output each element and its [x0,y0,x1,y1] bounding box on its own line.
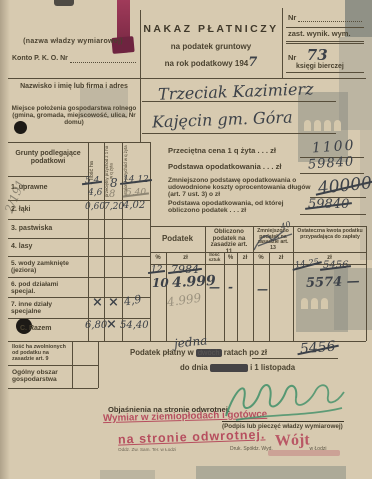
tax-sub-pct3: % [253,255,269,261]
crossed-word: dwóch [196,349,222,357]
signature-rule [222,421,344,422]
hw-value: 6,80 [85,321,107,332]
land-row-line [8,219,150,220]
land-row-label: 6. pod działami specjal. [11,281,79,295]
tax-header-ostateczna: Ostateczna kwota podatku przypa­dająca d… [296,229,364,240]
hw-value: 5,4 [85,177,99,187]
hw-tax-zl-pencil: 4.999 [166,292,202,310]
hw-value: 54,40 [120,321,149,332]
tax-sub-zl3: zł [269,255,293,261]
assessment-line2-value: 59840 [308,155,355,172]
land-row-label: C. Razem [20,325,52,333]
assessment-line3-label: Zmniejszono podstawę opodatko­wania o ud… [168,177,316,198]
name-writing-line [142,101,336,102]
konto-label: Konto P. K. O. Nr [12,55,68,63]
assessment-line4-label: Podstawa opodatkowania, od któ­rej oblic… [168,200,316,215]
arch-shape [321,298,328,309]
land-row-label: 7. inne działy specjalne [11,301,79,315]
hw-tax-pct-new: 10 [152,277,169,290]
land-row-line [8,318,150,319]
ref-nr2-value: 73 [307,46,328,64]
exemption-bottom-line [8,388,98,389]
payment-text2b: i 1 listopada [250,363,295,372]
redacted-date [210,364,248,372]
place-label: Miejsce położenia gospodarstwa rolnego (… [10,106,138,127]
land-row-label: 3. pastwiska [11,225,52,233]
arch-shape [324,120,331,131]
assessment-line1-label: Przeciętna cena 1 q żyta . . . zł [168,147,276,155]
arch-shape [334,120,341,131]
land-table-top [8,142,150,143]
land-table-title: Grunty podlegające podatkowi [10,150,86,165]
handwritten-scribble [252,228,294,254]
header-divider [140,10,141,78]
ref-nr-row: Nr [288,14,362,22]
tax-header-podatek: Podatek [150,235,205,244]
hw-value: 8 [110,177,118,190]
hw-dash: - [228,281,233,294]
tax-sub-line [224,252,225,341]
land-row-line [8,256,150,257]
payment-line1: Podatek płatny w dwóch ratach po zł [130,349,267,357]
ref-bottom-line [286,72,364,73]
hw-dash: — [257,284,268,296]
place-writing-line [142,133,336,134]
payment-text2a: do dnia [180,363,208,372]
land-row-label: 2. łąki [11,206,30,214]
payment-line2: do dnia i 1 listopada [180,364,295,372]
payment-amount-rule [252,358,338,359]
ref-box-divider [282,8,283,78]
ref-zast-label: zast. wynik. wym. [288,30,351,38]
assessment-line2-label: Podstawa opodatkowania . . . zł [168,163,282,171]
hw-value: × [106,318,117,332]
tax-sub-line [269,252,270,341]
hw-ost-new: 5574 — [306,275,360,291]
tax-sub-pct2: % [224,255,237,261]
hw-value: 7,20 [104,203,124,213]
exemption-zwolnione-label: Ilość ha zwolnio­nych od podatku na zasa… [12,345,70,362]
signature [218,378,350,424]
ref-double-line-1 [286,41,364,42]
ref-nr2-row: Nr 73 [288,47,362,64]
ref-double-line-2 [286,43,364,44]
tax-sub-pct1: % [150,255,166,261]
scan-artifact-block [196,466,346,479]
land-row-line [8,238,150,239]
ref-line [286,27,364,28]
stamp-wymiar-line2: na stronie odwrotnej. [118,428,266,447]
assessment-line2-rule [300,173,364,174]
tax-table-top [150,226,366,227]
land-row-label: 4. lasy [11,243,32,251]
konto-dotted-line [70,62,136,63]
place-value: Kajęcin gm. Góra [152,109,293,131]
payment-text1b: ratach po zł [224,348,267,357]
subtitle-year-row: na rok podatkowy 1947 [142,56,280,70]
land-header-line [8,176,88,177]
scan-artifact-block [100,470,155,479]
name-value: Trzeciak Kazimierz [158,80,314,103]
hw-value: 0,60 [85,203,105,213]
arch-shape [311,298,318,309]
hw-value: 8 [109,190,115,201]
druk-city: w Łodzi [310,446,327,452]
ref-ksiegi-label: księgi bierczej [296,63,344,71]
hw-value: 4,6 [88,189,102,199]
ref-nr-label: Nr [288,14,296,22]
hw-value: × [92,296,103,310]
scanned-tax-document: 2/191 (nazwa władzy wymiarowej) Konto P.… [0,0,372,479]
year-handwritten: 7 [248,55,257,70]
hw-value: 14,12 [123,176,149,186]
hw-value: 5,40 [126,189,146,199]
tax-sub-zl1: zł [166,255,205,261]
tax-sub-zl2: zł [237,255,253,261]
konto-row: Konto P. K. O. Nr [12,55,136,63]
land-row-label: 5. wody zam­knięte (jeziora) [11,260,79,274]
exemption-mid-line [8,365,98,366]
hw-ost-old: 5456 [323,261,348,272]
subtitle-tax: na podatek gruntowy [142,43,280,52]
hw-value: 4,02 [123,201,145,212]
land-row-line [8,277,150,278]
hw-amount-crossed: 5456 [299,339,336,357]
arch-shape [304,120,311,131]
hw-value: 4,9 [123,294,142,309]
hw-value: × [108,296,119,310]
tax-sub-line [237,252,238,341]
left-edge-shadow [0,0,10,479]
name-label: Nazwisko i imię lub firma i adres [12,83,136,91]
exemption-col-line [98,341,99,388]
exemption-obszar-label: Ogólny obszar gospodarstwa [12,369,70,383]
document-title: NAKAZ PŁATNICZY [142,24,280,35]
top-edge-mark [54,0,74,6]
druk-line: Druk. Spółdz. Wyd. w Łodzi [230,447,326,452]
authority-hint: (nazwa władzy wymiarowej) [10,38,136,46]
subtitle-year: na rok podatkowy 194 [165,59,249,68]
ref-nr-dotted-line [298,21,362,22]
arch-shape [314,120,321,131]
podpis-label: (Podpis lub pieczęć władzy wymiarowej) [222,424,343,431]
tax-table-right [366,226,367,341]
druk-label: Druk. Spółdz. Wyd. [230,446,273,452]
taxpayer-divider [140,78,141,142]
stamp-sub-text: Oddz. Zw. Sam. Ter. w Łodzi [118,448,176,453]
assessment-line4-value: 59840 [308,198,349,212]
hw-tax-pct-old: 12 [151,266,162,276]
ref-nr2-label: Nr [288,53,296,62]
land-row-label: 1. uprawne [11,184,48,192]
assessment-line4-rule [300,214,366,215]
arch-shape [301,298,308,309]
tax-sub-ilosc: Ilość sztuk [206,253,223,263]
hw-dash: — [209,282,220,294]
